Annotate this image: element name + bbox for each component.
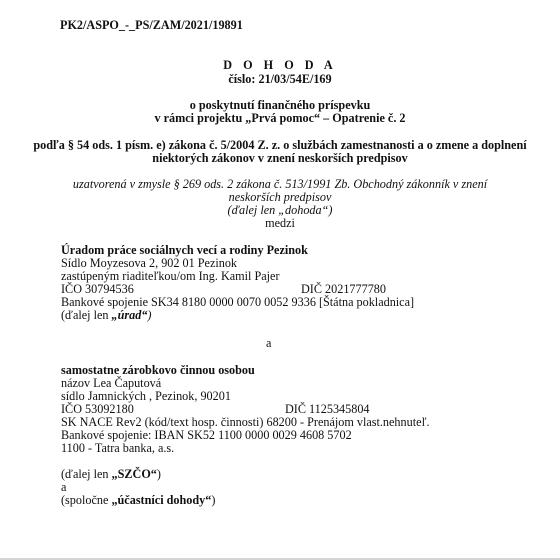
and-label-1: a — [266, 336, 271, 350]
concluded-line-3: (ďalej len „dohoda“) — [0, 203, 560, 217]
party2-bank-name: 1100 - Tatra banka, a.s. — [61, 441, 174, 455]
party1-dic: DIČ 2021777780 — [301, 282, 386, 296]
party1-alias: (ďalej len „úrad“) — [61, 308, 151, 322]
parties-together-term: „účastníci dohody“ — [111, 493, 211, 507]
and-label-2: a — [61, 480, 66, 494]
party2-name: názov Lea Čaputová — [61, 376, 161, 390]
subject-line-2: v rámci projektu „Prvá pomoc“ – Opatreni… — [0, 111, 560, 125]
party2-ico: IČO 53092180 — [61, 402, 134, 416]
party1-represented: zastúpeným riaditeľkou/om Ing. Kamil Paj… — [61, 269, 280, 283]
concluded-line-1: uzatvorená v zmysle § 269 ods. 2 zákona … — [0, 177, 560, 191]
party2-alias: (ďalej len „SZČO“) — [61, 467, 161, 481]
agreement-number: číslo: 21/03/54E/169 — [0, 72, 560, 86]
party2-nace: SK NACE Rev2 (kód/text hosp. činnosti) 6… — [61, 415, 430, 429]
party1-seat: Sídlo Moyzesova 2, 902 01 Pezinok — [61, 256, 237, 270]
legal-basis-line-1: podľa § 54 ods. 1 písm. e) zákona č. 5/2… — [0, 138, 560, 152]
party2-seat: sídlo Jamnických , Pezinok, 90201 — [61, 389, 231, 403]
parties-together: (spoločne „účastníci dohody“) — [61, 493, 215, 507]
party1-name: Úradom práce sociálnych vecí a rodiny Pe… — [61, 243, 308, 257]
party1-alias-term: „úrad“ — [112, 308, 148, 322]
document-page: PK2/ASPO_-_PS/ZAM/2021/19891 D O H O D A… — [0, 0, 560, 558]
subject-line-1: o poskytnutí finančného príspevku — [0, 98, 560, 112]
document-title: D O H O D A — [0, 58, 560, 72]
party1-ico: IČO 30794536 — [61, 282, 134, 296]
party2-alias-term: „SZČO“ — [112, 467, 157, 481]
reference-number: PK2/ASPO_-_PS/ZAM/2021/19891 — [60, 18, 243, 32]
party2-bank: Bankové spojenie: IBAN SK52 1100 0000 00… — [61, 428, 352, 442]
party1-bank: Bankové spojenie SK34 8180 0000 0070 005… — [61, 295, 414, 309]
concluded-line-2: neskorších predpisov — [0, 190, 560, 204]
legal-basis-line-2: niektorých zákonov v znení neskorších pr… — [0, 151, 560, 165]
between-label: medzi — [0, 216, 560, 230]
party2-dic: DIČ 1125345804 — [285, 402, 370, 416]
party2-type: samostatne zárobkovo činnou osobou — [61, 363, 255, 377]
